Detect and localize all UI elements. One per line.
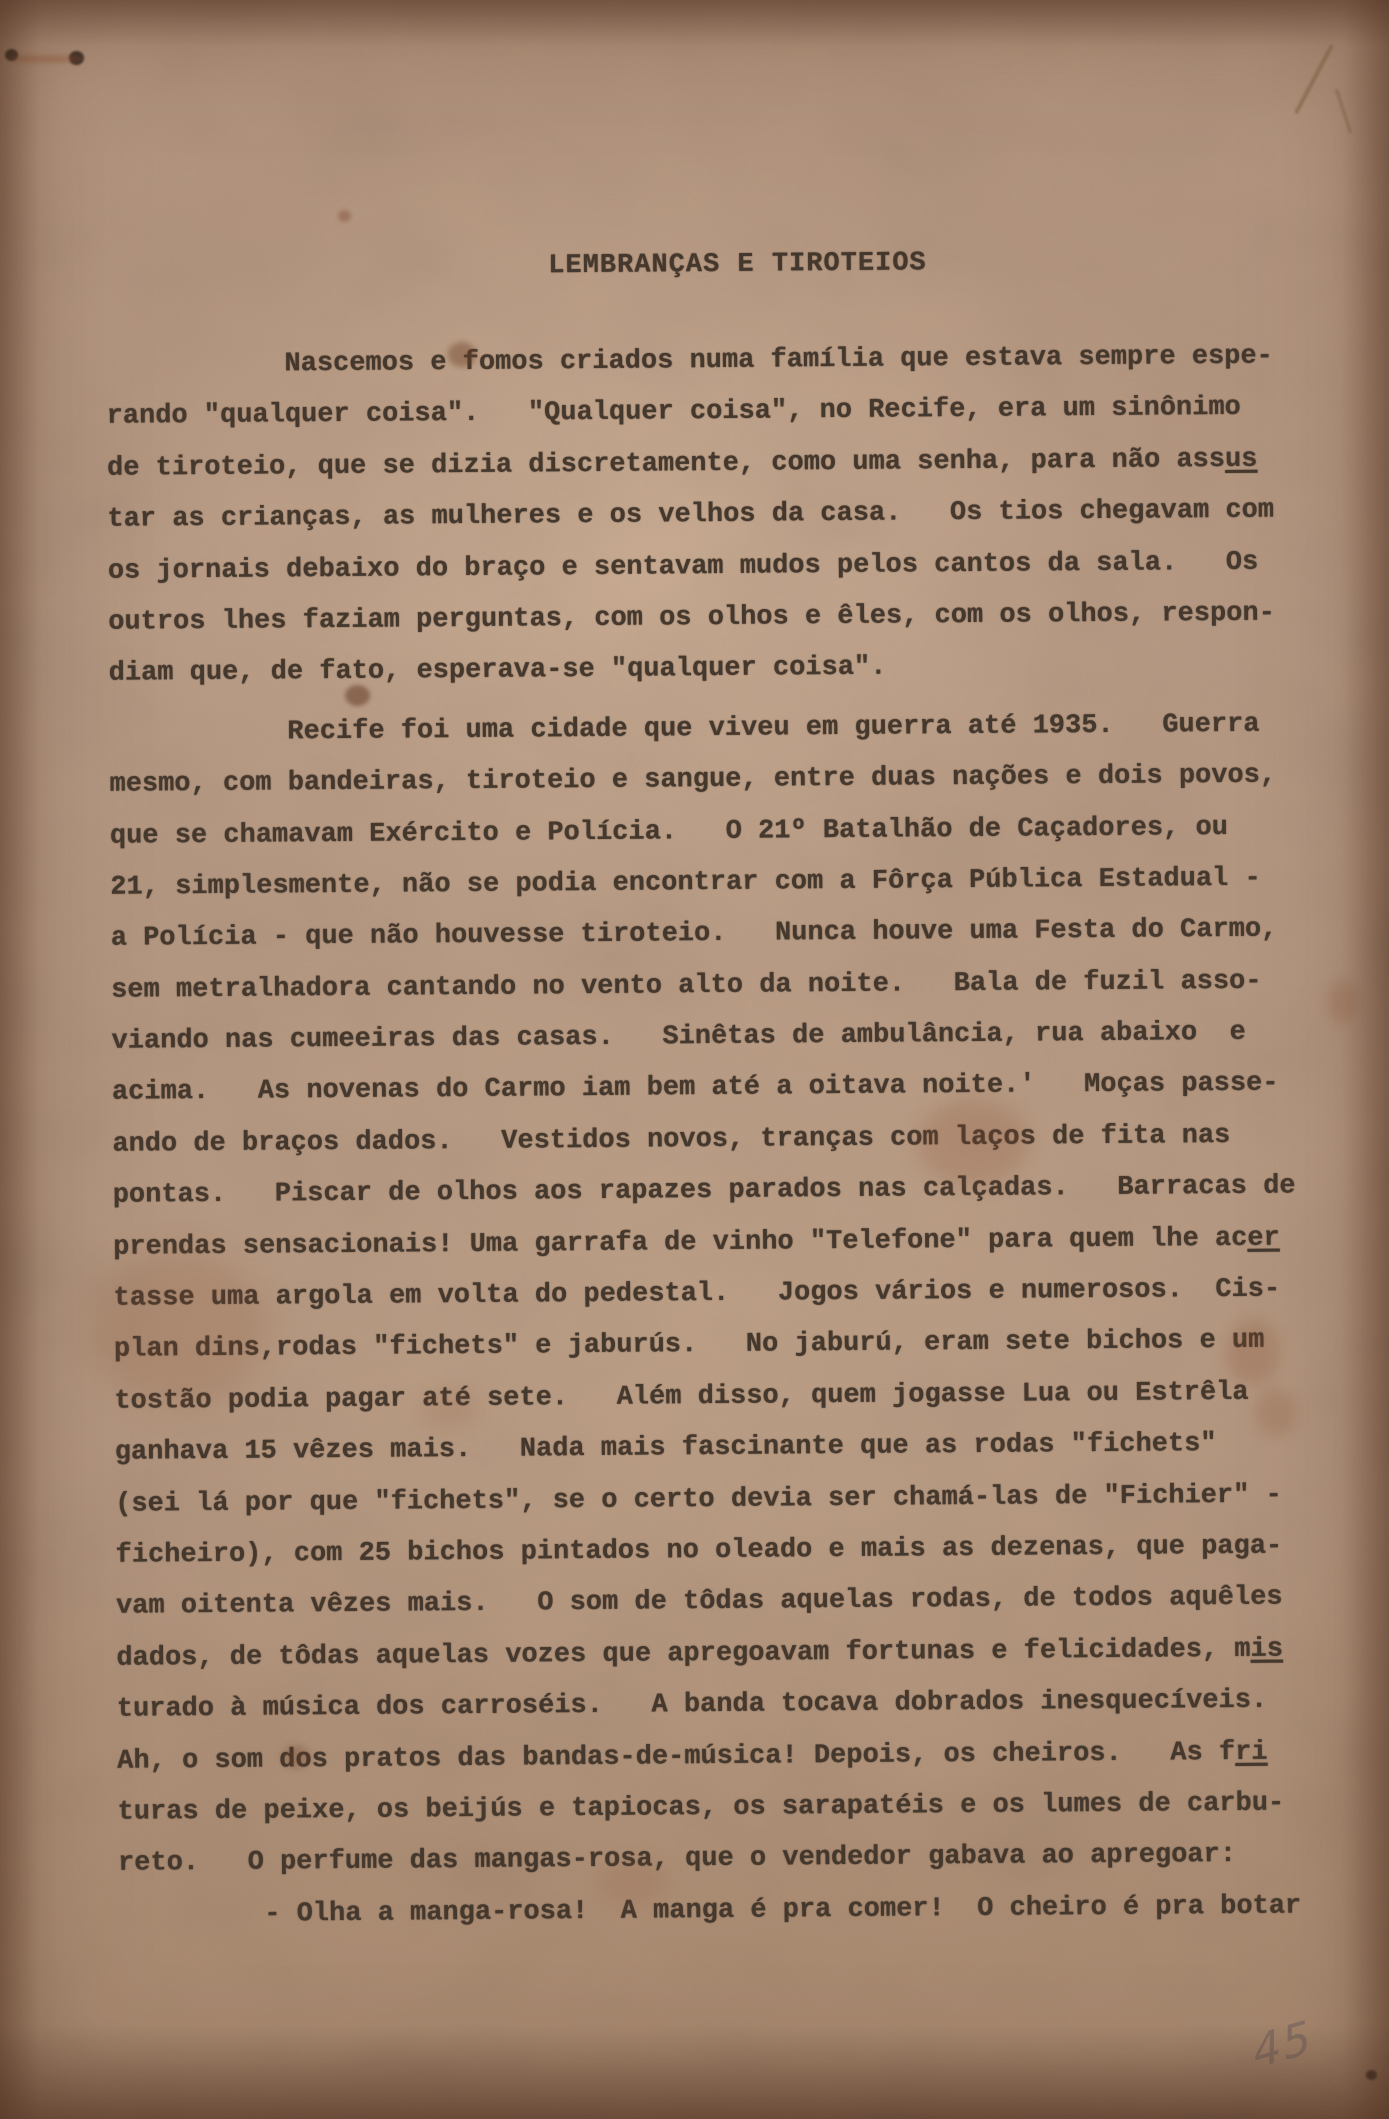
text-line: 21, simplesmente, não se podia encontrar… [110,853,1322,914]
page-edge-shadow [1343,0,1389,2119]
text-line: a Polícia - que não houvesse tiroteio. N… [111,905,1323,966]
text-line: sem metralhadora cantando no vento alto … [111,956,1323,1017]
text-line: os jornais debaixo do braço e sentavam m… [108,537,1320,598]
text-line: outros lhes faziam perguntas, com os olh… [108,588,1320,649]
text-line: turas de peixe, os beijús e tapiocas, os… [117,1778,1329,1839]
text-line: pontas. Piscar de olhos aos rapazes para… [113,1161,1325,1222]
page-edge-shadow [0,2024,1389,2119]
text-line: rando "qualquer coisa". "Qualquer coisa"… [106,383,1318,444]
body-lines: Nascemos e fomos criados numa família qu… [106,331,1331,1942]
text-line: que se chamavam Exército e Polícia. O 21… [110,802,1322,863]
text-line: prendas sensacionais! Uma garrafa de vin… [113,1213,1325,1274]
text-line: turado à música dos carroséis. A banda t… [117,1675,1329,1736]
page-edge-shadow [0,0,40,2119]
text-line: - Olha a manga-rosa! A manga é pra comer… [118,1881,1330,1942]
paper-stain [338,210,351,222]
text-line: mesmo, com bandeiras, tiroteio e sangue,… [109,750,1321,811]
text-line: dados, de tôdas aquelas vozes que aprego… [116,1624,1328,1685]
text-line: Recife foi uma cidade que viveu em guerr… [109,699,1321,760]
page-edge-shadow [0,0,1389,46]
text-line: (sei lá por que "fichets", se o certo de… [115,1470,1327,1531]
paper-fiber-mark [1294,44,1334,115]
text-line: diam que, de fato, esperava-se "qualquer… [108,640,1320,701]
text-line: ganhava 15 vêzes mais. Nada mais fascina… [115,1418,1327,1479]
text-line: plan dins,rodas "fichets" e jaburús. No … [114,1316,1326,1377]
page: LEMBRANÇAS E TIROTEIOS Nascemos e fomos … [0,0,1389,2119]
text-line: tasse uma argola em volta do pedestal. J… [113,1264,1325,1325]
text-line: Ah, o som dos pratos das bandas-de-músic… [117,1727,1329,1788]
text-line: ando de braços dados. Vestidos novos, tr… [112,1110,1324,1171]
text-line: ficheiro), com 25 bichos pintados no ole… [115,1521,1327,1582]
text-line: viando nas cumeeiras das casas. Sinêtas … [111,1007,1323,1068]
text-line: tar as crianças, as mulheres e os velhos… [107,485,1319,546]
page-title: LEMBRANÇAS E TIROTEIOS [157,243,1317,286]
text-line: vam oitenta vêzes mais. O som de tôdas a… [116,1573,1328,1634]
document-text: LEMBRANÇAS E TIROTEIOS Nascemos e fomos … [105,243,1330,1942]
text-line: de tiroteio, que se dizia discretamente,… [107,434,1319,495]
text-line: Nascemos e fomos criados numa família qu… [106,331,1318,392]
paper-stain [69,51,84,65]
text-line: tostão podia pagar até sete. Além disso,… [114,1367,1326,1428]
text-line: reto. O perfume das mangas-rosa, que o v… [118,1830,1330,1891]
text-line: acima. As novenas do Carmo iam bem até a… [112,1059,1324,1120]
